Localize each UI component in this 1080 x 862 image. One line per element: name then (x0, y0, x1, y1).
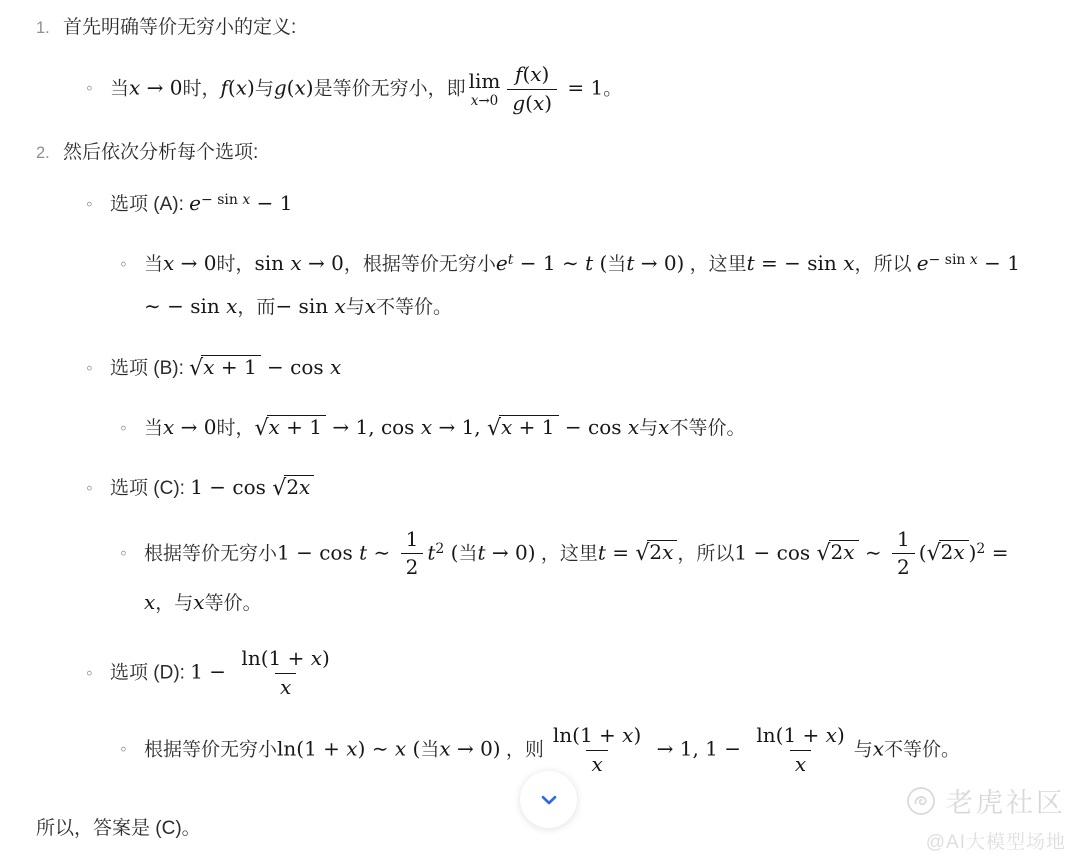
fraction-numerator: 1 (401, 527, 424, 554)
math-sqrt-expression: √2x (635, 534, 677, 574)
math-variable: e (496, 251, 508, 275)
math-variable: g (512, 91, 525, 115)
text-run: 根据等价无穷小 (144, 739, 277, 760)
sqrt-radicand: 2x (647, 540, 677, 565)
radical-sign-icon: √ (635, 543, 649, 565)
math-variable: x (226, 294, 237, 318)
math-variable: x (843, 251, 854, 275)
fraction-denominator: 2 (401, 553, 424, 581)
math-variable: t (585, 251, 593, 275)
math-roman: ) ∼ (358, 736, 395, 760)
text-run: 选项 (C): (110, 478, 190, 499)
sqrt-radicand: x + 1 (499, 415, 558, 440)
list-item-content: 选项 (C): 1 − cos √2x (110, 471, 314, 504)
math-variable: t (598, 540, 606, 564)
fraction-numerator: ln(1 + x) (751, 723, 849, 750)
math-superscript: − sin x (929, 251, 978, 267)
chevron-down-icon (537, 788, 561, 812)
math-fraction: ln(1 + x)x (236, 646, 334, 701)
math-roman: 2 (406, 555, 419, 579)
fraction-numerator: 1 (892, 527, 915, 554)
radical-sign-icon: √ (927, 543, 941, 565)
text-run: 时， (217, 418, 255, 439)
math-roman: → 0) (451, 736, 501, 760)
text-run: ，所以 (854, 254, 916, 275)
math-roman: → 0) (486, 540, 536, 564)
text-run: ，所以 (677, 543, 734, 564)
list-number: 2. (36, 139, 63, 167)
math-variable: x (591, 752, 602, 776)
math-superscript: 2 (976, 540, 985, 556)
sqrt-radicand: 2x (829, 540, 859, 565)
math-fraction: f(x)g(x) (507, 62, 557, 117)
math-roman: → 1, 1 − (650, 736, 747, 760)
math-roman: ln(1 + (241, 646, 310, 670)
math-variable: x (658, 415, 669, 439)
conclusion-text: 所以，答案是 (C)。 (36, 813, 201, 840)
list-item-content: 根据等价无穷小ln(1 + x) ∼ x (当x → 0) ，则ln(1 + x… (144, 723, 960, 778)
math-roman: 2 (941, 540, 954, 564)
math-variable: x (330, 355, 341, 379)
math-roman: − sin (275, 294, 334, 318)
math-variable: x (193, 590, 204, 614)
math-roman: ) (306, 75, 314, 99)
math-variable: x (795, 752, 806, 776)
text-run: ，与 (155, 593, 193, 614)
math-roman: 2 (649, 540, 662, 564)
math-variable: x (299, 475, 310, 499)
bullet-icon: ◦ (120, 730, 144, 770)
math-variable: f (221, 75, 228, 99)
list-item-level2: ◦选项 (C): 1 − cos √2x (86, 471, 1060, 504)
math-roman: → 0) (634, 251, 684, 275)
fraction-numerator: f(x) (510, 62, 554, 89)
list-item-level3: ◦根据等价无穷小ln(1 + x) ∼ x (当x → 0) ，则ln(1 + … (120, 723, 1060, 778)
list-item-content: 选项 (D): 1 − ln(1 + x)x (110, 646, 339, 701)
fraction-denominator: x (275, 673, 296, 701)
text-run: 当 (458, 543, 477, 564)
math-roman: = 1 (561, 75, 603, 99)
math-roman: 1 (897, 527, 910, 551)
math-variable: x (280, 675, 291, 699)
list-item-content: 当x → 0时，f(x)与g(x)是等价无穷小，即limx→0f(x)g(x) … (110, 62, 622, 117)
radical-sign-icon: √ (487, 418, 501, 440)
math-superscript: − sin x (201, 191, 250, 207)
text-run: ，这里 (684, 254, 746, 275)
math-roman: 1 − cos (734, 540, 816, 564)
list-item-content: 首先明确等价无穷小的定义: (63, 14, 296, 42)
math-variable: x (269, 415, 280, 439)
list-item-level1: 1.首先明确等价无穷小的定义: (36, 14, 1060, 42)
math-roman: − 1 ∼ (513, 251, 585, 275)
math-roman: 1 − cos (190, 475, 272, 499)
text-run: 当 (607, 254, 626, 275)
watermark-brand-row: 老虎社区 (906, 781, 1066, 820)
math-variable: x (290, 251, 301, 275)
math-sqrt-expression: √2x (927, 534, 969, 574)
math-sqrt-expression: √x + 1 (255, 409, 327, 449)
list-item-level2: ◦当x → 0时，f(x)与g(x)是等价无穷小，即limx→0f(x)g(x)… (86, 62, 1060, 117)
math-roman: 2 (435, 541, 444, 557)
math-roman: →0 (478, 93, 498, 109)
math-roman: − cos (261, 355, 330, 379)
math-roman: − sin (201, 192, 242, 208)
math-roman: ( (593, 251, 607, 275)
math-roman: = (606, 540, 635, 564)
math-roman: ) (322, 646, 330, 670)
text-run: 不等价。 (376, 297, 452, 318)
math-sqrt-expression: √x + 1 (487, 409, 559, 449)
math-fraction: ln(1 + x)x (751, 723, 849, 778)
list-number: 1. (36, 14, 63, 42)
fraction-denominator: g(x) (507, 89, 557, 117)
bullet-icon: ◦ (120, 245, 144, 285)
math-variable: x (236, 75, 247, 99)
math-variable: x (501, 415, 512, 439)
list-item-content: 选项 (B): √x + 1 − cos x (110, 351, 341, 384)
math-roman: ∼ (367, 540, 396, 564)
radical-sign-icon: √ (255, 418, 269, 440)
math-roman: ( (919, 540, 927, 564)
math-sqrt-expression: √2x (816, 534, 858, 574)
math-roman: → 0 (140, 75, 182, 99)
math-variable: x (163, 415, 174, 439)
text-run: 时， (217, 254, 255, 275)
math-variable: x (395, 736, 406, 760)
bullet-icon: ◦ (86, 354, 110, 384)
tiger-logo-icon (906, 786, 936, 816)
radical-sign-icon: √ (189, 358, 203, 380)
bullet-icon: ◦ (86, 190, 110, 220)
text-run: 是等价无穷小，即 (314, 78, 466, 99)
math-roman: ∼ (859, 540, 888, 564)
math-roman: ) (542, 62, 550, 86)
math-roman: = − sin (755, 251, 844, 275)
math-variable: x (365, 294, 376, 318)
sqrt-radicand: x + 1 (267, 415, 326, 440)
text-run: 与 (255, 78, 274, 99)
text-run: 首先明确等价无穷小的定义: (63, 17, 296, 38)
fraction-numerator: ln(1 + x) (548, 723, 646, 750)
sqrt-radicand: 2x (939, 540, 969, 565)
text-run: ，根据等价无穷小 (344, 254, 496, 275)
list-item-content: 选项 (A): e− sin x − 1 (110, 187, 292, 220)
answer-outline: 1.首先明确等价无穷小的定义:◦当x → 0时，f(x)与g(x)是等价无穷小，… (36, 14, 1060, 778)
list-item-level2: ◦选项 (A): e− sin x − 1 (86, 187, 1060, 220)
math-roman: ) (837, 723, 845, 747)
fraction-denominator: x (790, 750, 811, 778)
math-roman: = (985, 540, 1008, 564)
text-run: 选项 (A): (110, 194, 189, 215)
math-variable: t (359, 540, 367, 564)
math-variable: x (953, 540, 964, 564)
text-run: 不等价。 (669, 418, 745, 439)
text-run: 选项 (B): (110, 358, 189, 379)
text-run: 当 (144, 254, 163, 275)
math-variable: x (439, 736, 450, 760)
math-roman: 2 (976, 541, 985, 557)
math-variable: x (533, 91, 544, 115)
sqrt-radicand: 2x (284, 475, 314, 500)
limit-subscript: x→0 (471, 94, 499, 109)
math-roman: 2 (831, 540, 844, 564)
math-fraction: ln(1 + x)x (548, 723, 646, 778)
math-roman: → 0 (174, 251, 216, 275)
math-variable: x (421, 415, 432, 439)
math-roman: → 0 (174, 415, 216, 439)
math-variable: x (530, 62, 541, 86)
math-roman: ln(1 + (756, 723, 825, 747)
text-run: 当 (144, 418, 163, 439)
math-variable: x (144, 590, 155, 614)
math-roman: + 1 (280, 415, 322, 439)
math-fraction: 12 (892, 527, 915, 582)
math-roman: ) (544, 91, 552, 115)
math-variable: x (628, 415, 639, 439)
math-roman: − 1 (250, 191, 292, 215)
list-item-level2: ◦选项 (D): 1 − ln(1 + x)x (86, 646, 1060, 701)
text-run: 与 (639, 418, 658, 439)
math-variable: t (747, 251, 755, 275)
math-roman: − sin (929, 252, 970, 268)
math-variable: x (873, 736, 884, 760)
list-item-level1: 2.然后依次分析每个选项: (36, 139, 1060, 167)
math-variable: x (311, 646, 322, 670)
text-run: 与 (346, 297, 365, 318)
text-run: 当 (110, 78, 129, 99)
math-roman: + 1 (214, 355, 256, 379)
list-item-content: 然后依次分析每个选项: (63, 139, 258, 167)
math-variable: x (662, 540, 673, 564)
list-item-level3: ◦当x → 0时，√x + 1 → 1, cos x → 1, √x + 1 −… (120, 406, 1060, 449)
math-roman: 2 (286, 475, 299, 499)
math-roman: ( (444, 540, 458, 564)
math-roman: 1 − cos (277, 540, 359, 564)
text-run: ，这里 (536, 543, 598, 564)
bullet-icon: ◦ (86, 474, 110, 504)
math-roman: sin (255, 251, 291, 275)
math-roman: ( (228, 75, 236, 99)
math-variable: x (129, 75, 140, 99)
list-item-content: 根据等价无穷小1 − cos t ∼ 12t2 (当t → 0) ，这里t = … (144, 527, 1024, 625)
limit-label: lim (469, 71, 501, 91)
watermark-handle-text: @AI大模型场地 (906, 827, 1066, 854)
text-run: 选项 (D): (110, 663, 190, 684)
math-variable: t (478, 540, 486, 564)
math-roman: ( (406, 736, 420, 760)
radical-sign-icon: √ (816, 543, 830, 565)
math-roman: ln(1 + (553, 723, 622, 747)
math-roman: 2 (897, 555, 910, 579)
math-variable: e (917, 251, 929, 275)
watermark: 老虎社区 @AI大模型场地 (906, 781, 1066, 854)
math-sqrt-expression: √x + 1 (189, 354, 261, 384)
text-run: 当 (420, 739, 439, 760)
fraction-denominator: x (586, 750, 607, 778)
math-roman: ln(1 + (277, 736, 346, 760)
math-roman: ( (525, 91, 533, 115)
list-item-level3: ◦当x → 0时，sin x → 0，根据等价无穷小et − 1 ∼ t (当t… (120, 242, 1060, 329)
math-roman: ) (633, 723, 641, 747)
math-limit: limx→0 (469, 71, 501, 109)
chat-answer-page: 1.首先明确等价无穷小的定义:◦当x → 0时，f(x)与g(x)是等价无穷小，… (0, 0, 1080, 778)
math-roman: + 1 (512, 415, 554, 439)
list-item-level2: ◦选项 (B): √x + 1 − cos x (86, 351, 1060, 384)
math-roman: → 1, (432, 415, 487, 439)
math-roman: 1 (406, 527, 419, 551)
text-run: ，则 (501, 739, 544, 760)
text-run: 然后依次分析每个选项: (63, 142, 258, 163)
fraction-numerator: ln(1 + x) (236, 646, 334, 673)
fraction-denominator: 2 (892, 553, 915, 581)
text-run: 根据等价无穷小 (144, 543, 277, 564)
text-run: 时， (183, 78, 221, 99)
text-run: 不等价。 (884, 739, 960, 760)
text-run: ，而 (237, 297, 275, 318)
radical-sign-icon: √ (272, 478, 286, 500)
math-fraction: 12 (401, 527, 424, 582)
math-roman: ) (247, 75, 255, 99)
math-variable: x (163, 251, 174, 275)
bullet-icon: ◦ (120, 409, 144, 449)
math-roman: 1 − (190, 660, 232, 684)
text-run: 。 (603, 78, 622, 99)
watermark-brand-text: 老虎社区 (946, 781, 1066, 820)
math-variable: x (294, 75, 305, 99)
bullet-icon: ◦ (86, 659, 110, 689)
text-run: 等价。 (205, 593, 262, 614)
math-variable: x (970, 252, 978, 268)
list-item-level3: ◦根据等价无穷小1 − cos t ∼ 12t2 (当t → 0) ，这里t =… (120, 527, 1060, 625)
sqrt-radicand: x + 1 (201, 355, 260, 380)
math-variable: x (826, 723, 837, 747)
math-roman: − cos (559, 415, 628, 439)
math-variable: x (346, 736, 357, 760)
text-run: 与 (854, 739, 873, 760)
math-sqrt-expression: √2x (272, 474, 314, 504)
math-variable: x (843, 540, 854, 564)
math-variable: x (203, 355, 214, 379)
math-roman: → 0 (302, 251, 344, 275)
math-roman: → 1, cos (326, 415, 421, 439)
scroll-to-bottom-button[interactable] (520, 771, 577, 828)
list-item-content: 当x → 0时，sin x → 0，根据等价无穷小et − 1 ∼ t (当t … (144, 242, 1024, 329)
bullet-icon: ◦ (120, 534, 144, 574)
list-item-content: 当x → 0时，√x + 1 → 1, cos x → 1, √x + 1 − … (144, 406, 745, 449)
math-superscript: 2 (435, 540, 444, 556)
math-variable: g (274, 75, 287, 99)
math-variable: x (622, 723, 633, 747)
math-variable: e (189, 191, 201, 215)
math-variable: x (334, 294, 345, 318)
bullet-icon: ◦ (86, 74, 110, 104)
